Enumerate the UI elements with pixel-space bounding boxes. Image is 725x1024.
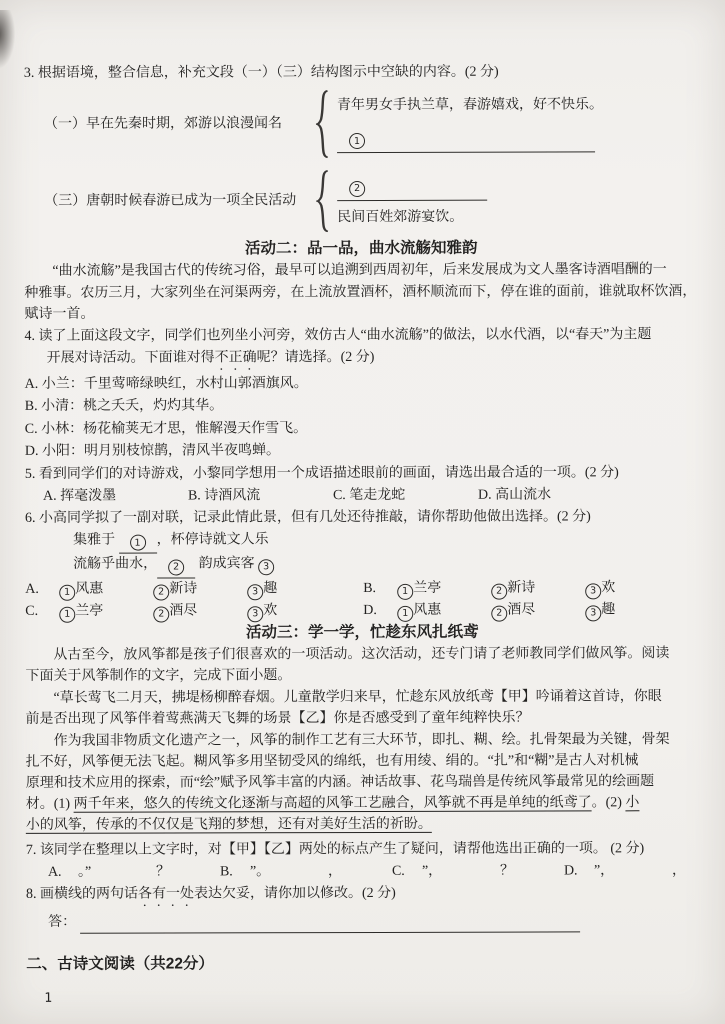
text-run: 。(2): [592, 795, 626, 810]
option-label: B.: [363, 578, 397, 600]
text-run: 流觞乎曲水，: [73, 557, 157, 572]
text-run: 新诗: [169, 581, 197, 596]
paragraph-line: 赋诗一首。: [24, 302, 698, 325]
option-item: 2新诗: [153, 578, 247, 600]
question-5-option-b: B. 诗酒风流: [188, 485, 333, 507]
paragraph-line: 原理和技术应用的探索，而“绘”赋予风筝丰富的内涵。神话故事、花鸟瑞兽是传统风筝最…: [26, 771, 700, 794]
text-run: 兰亭: [75, 603, 103, 618]
option-item: 1风惠: [397, 599, 491, 621]
question-8-answer-row: 答：: [26, 908, 700, 934]
diagram-three-label: （三）唐朝时候春游已成为一项全民活动: [24, 190, 314, 213]
text-run: 欢: [601, 580, 615, 595]
underlined-blank: 2: [157, 554, 195, 579]
punctuation-jia: ”。: [250, 861, 328, 883]
circled-number-3: 3: [247, 584, 263, 600]
punctuation-yi: ？: [500, 860, 550, 882]
question-7-text: 7. 该同学在整理以上文字时，对【甲】【乙】两处的标点产生了疑问，请帮他选出正确…: [26, 838, 700, 862]
circled-number-2: 2: [349, 181, 365, 197]
diagram-three-branches: 2 民间百姓郊游宴饮。: [337, 173, 487, 228]
kite-craft-paragraph: 作为我国非物质文化遗产之一，风筝的制作工艺有三大环节，即扎、糊、绘。扎骨架最为关…: [26, 729, 700, 836]
punctuation-jia: 。”: [78, 861, 156, 883]
circled-number-3: 3: [247, 606, 263, 622]
question-4-line-2: 开展对诗活动。下面谁对得不正确呢？请选择。(2 分): [25, 346, 699, 374]
text-run: 表达欠妥，请你加以修改。(2 分): [194, 885, 396, 901]
paragraph-line: “草长莺飞二月天，拂堤杨柳醉春烟。儿童散学归来早，忙趁东风放纸鸢【甲】吟诵着这首…: [25, 686, 699, 709]
question-7-option-d: D. ”， ，: [564, 860, 725, 882]
diagram-one: （一）早在先秦时期，郊游以浪漫闻名 青年男女手执兰草，春游嬉戏，好不快乐。 1: [24, 89, 698, 159]
question-4-option-c: C. 小林：杨花榆荚无才思，惟解漫天作雪飞。: [25, 417, 699, 441]
brace-icon: [316, 90, 329, 158]
punctuation-yi: ，: [328, 860, 378, 882]
page-number: 1: [26, 986, 700, 1010]
answer-blank-1: 1: [337, 126, 595, 154]
text-run: 开展对诗活动。下面谁对得: [47, 350, 215, 365]
circled-number-1: 1: [59, 585, 75, 601]
text-run: 材。(1): [26, 796, 74, 811]
diagram-three: （三）唐朝时候春游已成为一项全民活动 2 民间百姓郊游宴饮。: [24, 169, 698, 233]
text-run: 扎不好，风筝便无法飞起。糊风筝多用坚韧受风的绵纸，也有用绫、绢的。“扎”和“糊”…: [26, 753, 639, 770]
question-7-options: A. 。” ？ B. ”。 ， C. ”， ？ D. ”， ，: [26, 860, 700, 884]
punctuation-jia: ”，: [422, 860, 500, 882]
circled-number-1: 1: [397, 584, 413, 600]
scanned-exam-page: 3. 根据语境，整合信息，补充文段（一）（三）结构图示中空缺的内容。(2 分) …: [0, 0, 725, 1024]
brace-icon: [316, 170, 329, 232]
option-item: 2酒尽: [153, 600, 247, 622]
text-run: 作为我国非物质文化遗产之一，风筝的制作工艺有三大环节，即扎、糊、绘。扎骨架最为关…: [54, 732, 670, 749]
option-item: 2酒尽: [491, 599, 585, 621]
section-2-heading: 二、古诗文阅读（共22分）: [26, 952, 700, 976]
question-4-line-1: 4. 读了上面这段文字，同学们也列坐小河旁，效仿古人“曲水流觞”的做法，以水代酒…: [25, 324, 699, 348]
option-item: 3欢: [585, 577, 679, 599]
circled-number-2: 2: [491, 605, 507, 621]
paragraph-line: 扎不好，风筝便无法飞起。糊风筝多用坚韧受风的绵纸，也有用绫、绢的。“扎”和“糊”…: [26, 750, 700, 773]
circled-number-3: 3: [258, 559, 274, 575]
circled-number-1: 1: [397, 605, 413, 621]
question-6-options-row-2: C. 1兰亭 2酒尽 3欢 D. 1风惠 2酒尽 3趣: [25, 599, 699, 623]
text-run: 兰亭: [413, 581, 441, 596]
circled-number-2: 2: [153, 606, 169, 622]
paragraph-line: 小的风筝，传承的不仅仅是飞翔的梦想，还有对美好生活的祈盼。: [26, 813, 700, 836]
question-4-option-a: A. 小兰：千里莺啼绿映红，水村山郭酒旗风。: [25, 372, 699, 396]
option-label: C.: [392, 860, 422, 882]
circled-number-3: 3: [585, 583, 601, 599]
text-run: 趣: [263, 581, 277, 596]
paragraph-line: 种雅事。农历三月，大家列坐在河渠两旁，在上流放置酒杯，酒杯顺流而下，停在谁的面前…: [24, 281, 698, 304]
page-content: 3. 根据语境，整合信息，补充文段（一）（三）结构图示中空缺的内容。(2 分) …: [0, 0, 725, 1024]
question-5-option-d: D. 高山流水: [478, 484, 623, 506]
circled-number-1: 1: [59, 606, 75, 622]
question-7-option-c: C. ”， ？: [392, 860, 564, 882]
question-3-text: 3. 根据语境，整合信息，补充文段（一）（三）结构图示中空缺的内容。(2 分): [24, 61, 698, 85]
question-5-option-c: C. 笔走龙蛇: [333, 484, 478, 506]
circled-number-1: 1: [130, 535, 146, 551]
circled-number-1: 1: [349, 133, 365, 149]
paragraph-line: “曲水流觞”是我国古代的传统习俗，最早可以追溯到西周初年，后来发展成为文人墨客诗…: [24, 259, 698, 282]
option-label: D.: [363, 600, 397, 622]
option-label: B.: [220, 861, 250, 883]
activity-3-intro: 从古至今，放风筝都是孩子们很喜欢的一项活动。这次活动，还专门请了老师教同学们做风…: [25, 643, 699, 688]
circled-number-3: 3: [585, 605, 601, 621]
activity-2-intro: “曲水流觞”是我国古代的传统习俗，最早可以追溯到西周初年，后来发展成为文人墨客诗…: [24, 259, 698, 325]
question-5-text: 5. 看到同学们的对诗游戏，小黎同学想用一个成语描述眼前的画面，请选出最合适的一…: [25, 462, 699, 486]
text-run: 韵成宾客: [195, 557, 258, 572]
text-run: 风惠: [75, 582, 103, 597]
couplet-line-2: 流觞乎曲水，2 韵成宾客 3: [25, 552, 699, 579]
option-label: A.: [25, 579, 59, 601]
question-7-option-b: B. ”。 ，: [220, 860, 392, 882]
text-run: 不正确: [215, 350, 257, 365]
question-4: 4. 读了上面这段文字，同学们也列坐小河旁，效仿古人“曲水流觞”的做法，以水代酒…: [25, 324, 699, 464]
text-run: 欢: [263, 603, 277, 618]
diagram-one-branches: 青年男女手执兰草，春游嬉戏，好不快乐。 1: [337, 94, 603, 153]
option-item: 3趣: [247, 578, 341, 600]
text-run: 风惠: [413, 603, 441, 618]
option-label: A.: [48, 861, 78, 883]
underlined-blank: 1: [119, 529, 157, 554]
option-item: 2新诗: [491, 577, 585, 599]
text-run: 各有一处: [138, 886, 194, 901]
text-run: 小: [625, 795, 639, 810]
question-8-text: 8. 画横线的两句话各有一处表达欠妥，请你加以修改。(2 分): [26, 882, 700, 910]
question-5-option-a: A. 挥毫泼墨: [43, 485, 188, 507]
question-6-option-d: D. 1风惠 2酒尽 3趣: [363, 599, 701, 622]
text-run: 集雅于: [73, 532, 119, 547]
text-run: 趣: [601, 602, 615, 617]
text-run: ，杯停诗就文人乐: [157, 532, 269, 547]
text-run: 8. 画横线的两句话: [26, 886, 138, 901]
couplet-line-1: 集雅于 1，杯停诗就文人乐: [25, 528, 699, 555]
question-6-option-c: C. 1兰亭 2酒尽 3欢: [25, 600, 363, 623]
option-item: 1风惠: [59, 579, 153, 601]
question-6-option-a: A. 1风惠 2新诗 3趣: [25, 578, 363, 601]
paragraph-line: 下面关于风筝制作的文字，完成下面小题。: [25, 664, 699, 687]
diagram-one-label: （一）早在先秦时期，郊游以浪漫闻名: [24, 113, 314, 136]
option-item: 3趣: [585, 599, 679, 621]
text-run: 酒尽: [169, 603, 197, 618]
option-label: C.: [25, 601, 59, 623]
option-label: D.: [564, 860, 594, 882]
question-7-option-a: A. 。” ？: [48, 861, 220, 883]
question-5-options: A. 挥毫泼墨 B. 诗酒风流 C. 笔走龙蛇 D. 高山流水: [25, 484, 699, 508]
answer-blank-line: [80, 915, 580, 933]
question-4-option-d: D. 小阳：明月别枝惊鹊，清风半夜鸣蝉。: [25, 439, 699, 463]
text-run: 原理和技术应用的探索，而“绘”赋予风筝丰富的内涵。神话故事、花鸟瑞兽是传统风筝最…: [26, 774, 654, 791]
paragraph-line: 材。(1) 两千年来，悠久的传统文化逐渐与高超的风筝工艺融合，风筝就不再是单纯的…: [26, 792, 700, 815]
paragraph-line: 作为我国非物质文化遗产之一，风筝的制作工艺有三大环节，即扎、糊、绘。扎骨架最为关…: [26, 729, 700, 752]
text-run: 酒尽: [507, 602, 535, 617]
question-6-options-row-1: A. 1风惠 2新诗 3趣 B. 1兰亭 2新诗 3欢: [25, 577, 699, 601]
paragraph-line: 从古至今，放风筝都是孩子们很喜欢的一项活动。这次活动，还专门请了老师教同学们做风…: [25, 643, 699, 666]
activity-3-heading: 活动三：学一学，忙趁东风扎纸鸢: [25, 621, 699, 645]
text-run: 两千年来，悠久的传统文化逐渐与高超的风筝工艺融合，风筝就不再是单纯的纸鸢了: [74, 795, 592, 811]
question-6-text: 6. 小高同学拟了一副对联，记录此情此景，但有几处还待推敲，请你帮助他做出选择。…: [25, 506, 699, 530]
diagram-one-branch-top: 青年男女手执兰草，春游嬉戏，好不快乐。: [337, 94, 603, 116]
punctuation-yi: ？: [156, 861, 206, 883]
text-run: 小的风筝，传承的不仅仅是飞翔的梦想，还有对美好生活的祈盼。: [26, 816, 432, 832]
text-run: 呢？请选择。(2 分): [257, 349, 375, 364]
diagram-three-branch-bottom: 民间百姓郊游宴饮。: [337, 206, 487, 228]
question-6-option-b: B. 1兰亭 2新诗 3欢: [363, 577, 701, 600]
option-item: 3欢: [247, 600, 341, 622]
answer-blank-2: 2: [337, 173, 487, 200]
question-4-option-b: B. 小清：桃之夭夭，灼灼其华。: [25, 394, 699, 418]
circled-number-2: 2: [491, 583, 507, 599]
answer-label: 答：: [48, 911, 76, 933]
paragraph-line: 前是否出现了风筝伴着莺燕满天飞舞的场景【乙】你是否感受到了童年纯粹快乐？: [26, 707, 700, 730]
punctuation-jia: ”，: [594, 860, 672, 882]
text-run: 新诗: [507, 581, 535, 596]
option-item: 1兰亭: [59, 600, 153, 622]
circled-number-2: 2: [168, 559, 184, 575]
circled-number-2: 2: [153, 584, 169, 600]
activity-2-heading: 活动二：品一品，曲水流觞知雅韵: [24, 237, 698, 261]
kite-poem-paragraph: “草长莺飞二月天，拂堤杨柳醉春烟。儿童散学归来早，忙趁东风放纸鸢【甲】吟诵着这首…: [25, 686, 699, 731]
option-item: 1兰亭: [397, 578, 491, 600]
punctuation-yi: ，: [672, 860, 722, 882]
